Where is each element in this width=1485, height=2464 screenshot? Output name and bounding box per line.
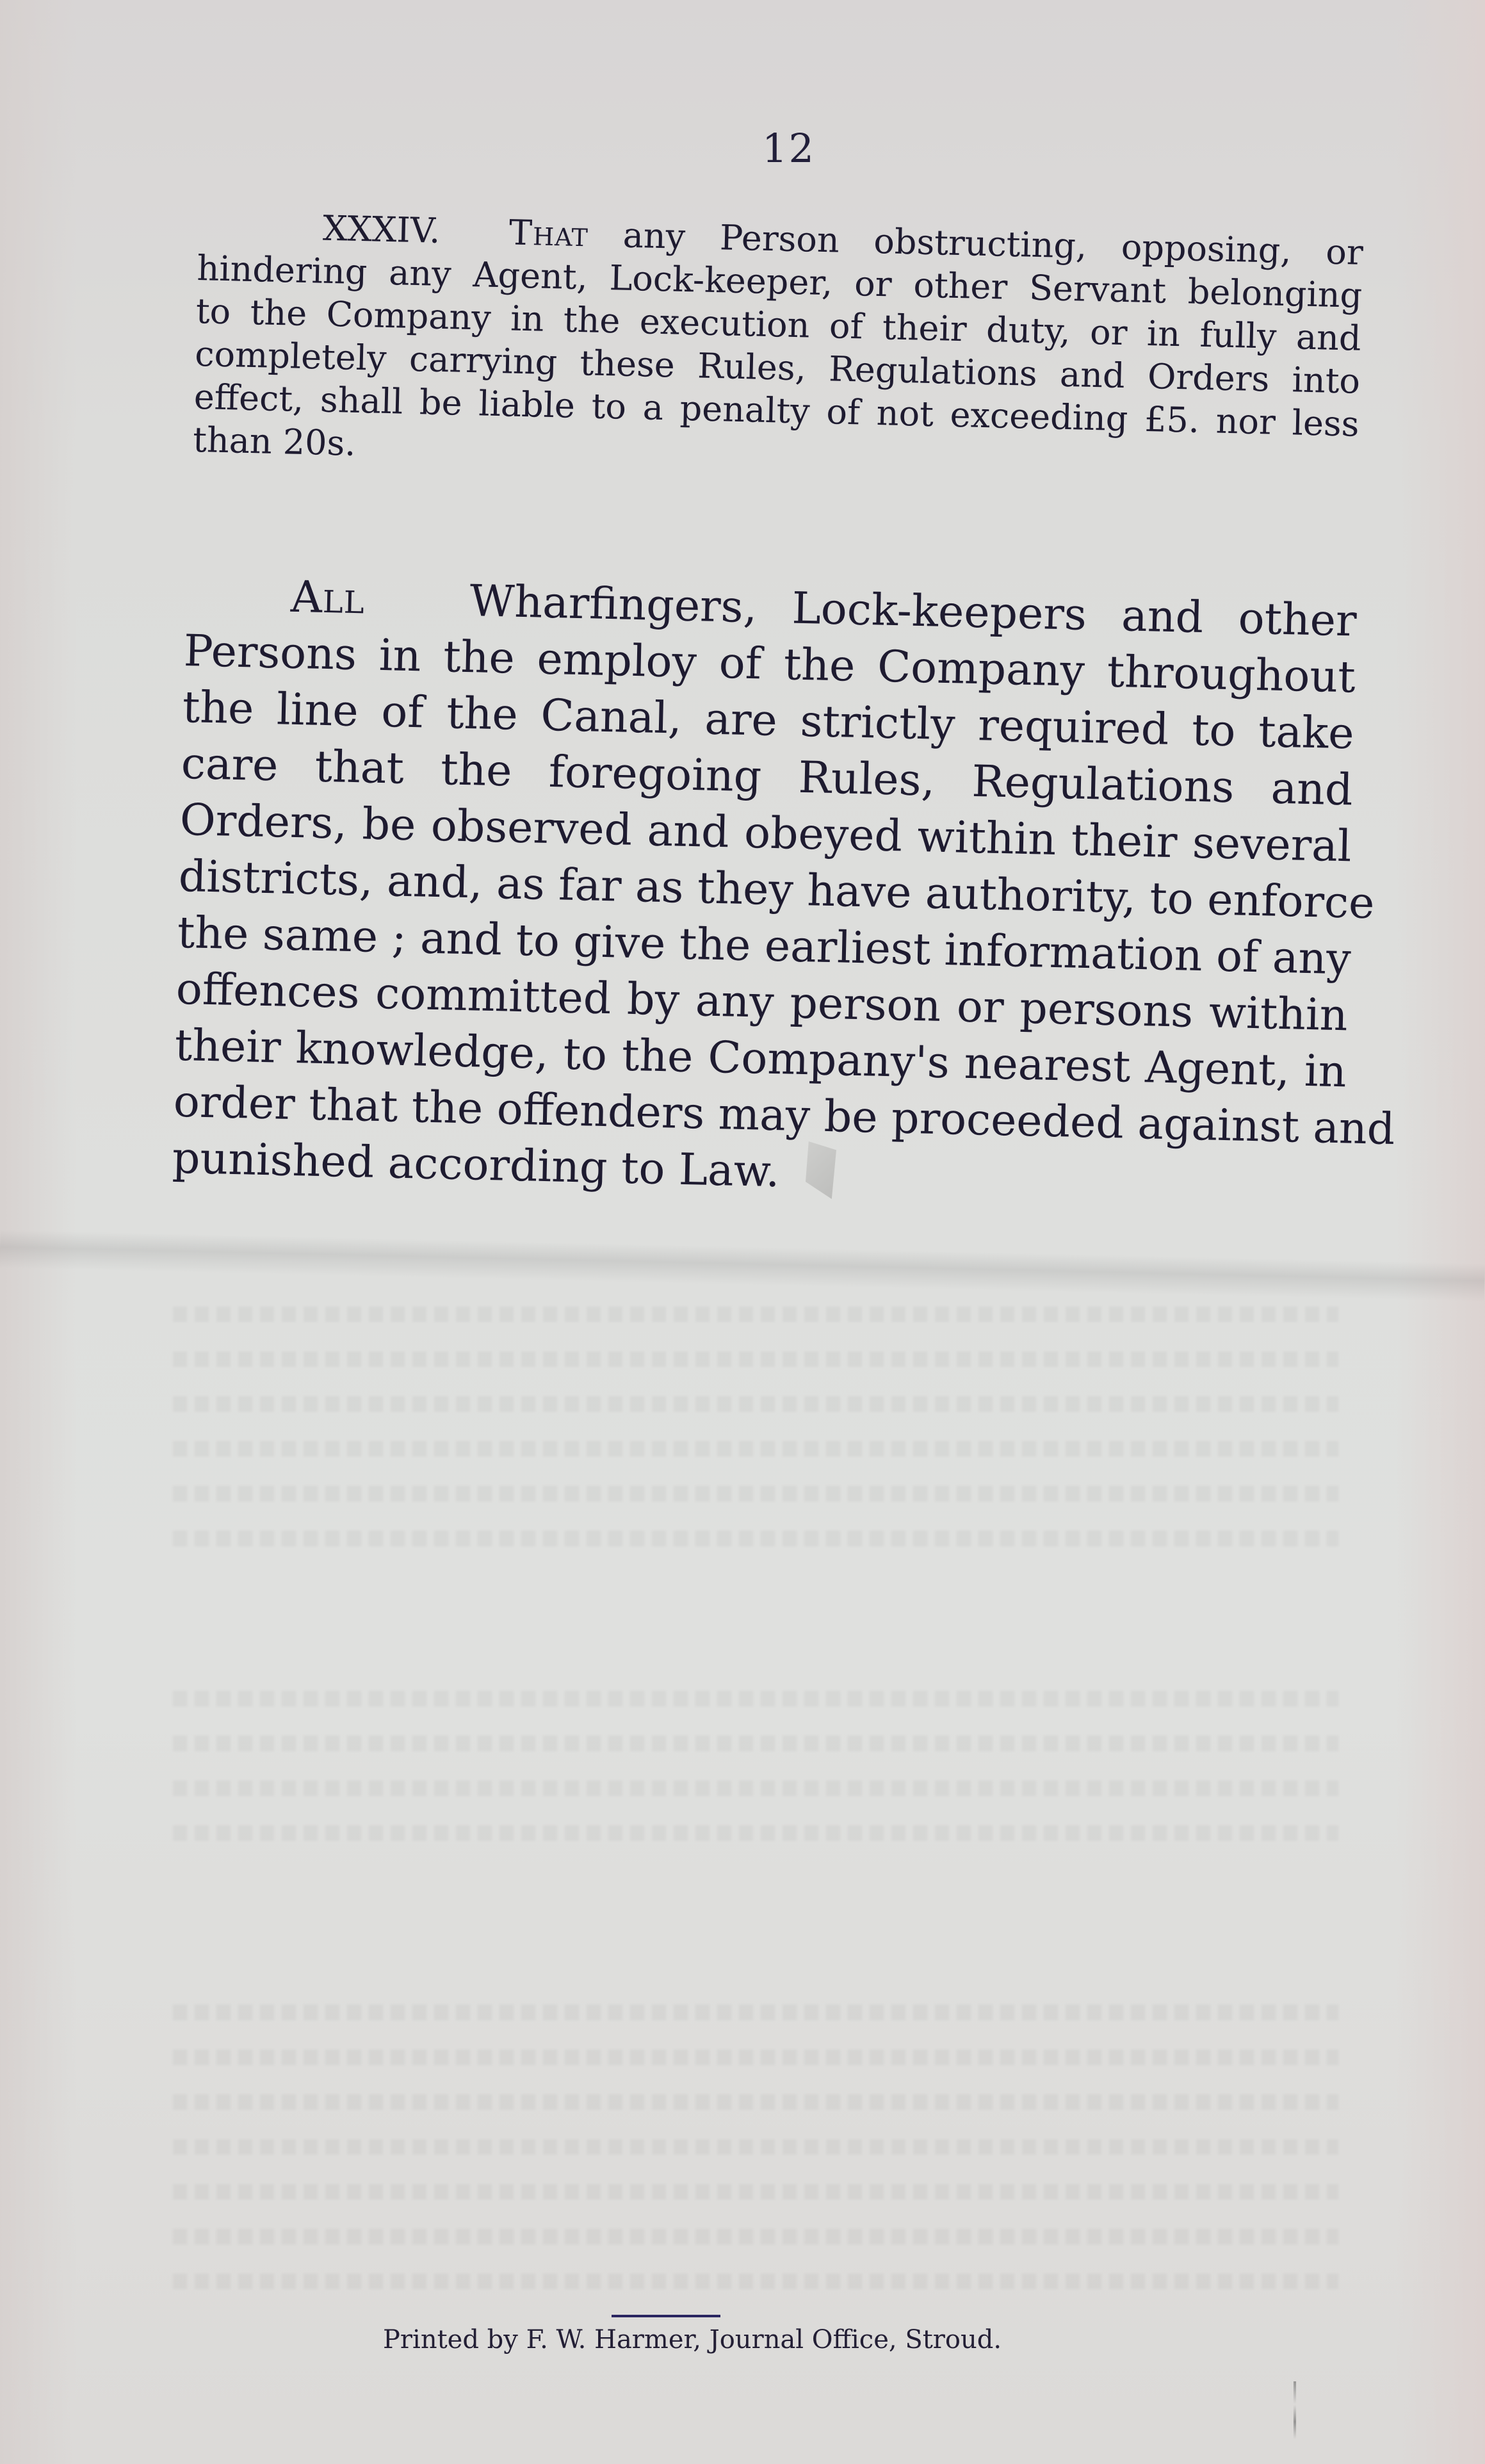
- clause-numeral: XXXIV.: [322, 208, 441, 251]
- show-through-text: [173, 1691, 1338, 1706]
- show-through-text: [173, 1307, 1338, 1322]
- show-through-text: [173, 2050, 1338, 2065]
- clause-xxxiv: XXXIV. That any Person obstructing, oppo…: [193, 204, 1364, 489]
- show-through-text: [173, 2005, 1338, 2020]
- show-through-text: [173, 2274, 1338, 2289]
- scanned-page: 12 XXXIV. That any Person obstructing, o…: [0, 0, 1485, 2464]
- show-through-text: [173, 2229, 1338, 2244]
- show-through-text: [173, 1531, 1338, 1546]
- notice-lead-word: All: [290, 572, 366, 624]
- show-through-text: [173, 1781, 1338, 1796]
- show-through-text: [173, 1351, 1338, 1367]
- show-through-text: [173, 1441, 1338, 1456]
- show-through-text: [173, 1486, 1338, 1501]
- printer-imprint: Printed by F. W. Harmer, Journal Office,…: [383, 2325, 1002, 2354]
- notice-paragraph: All Wharfingers, Lock-keepers and other …: [172, 567, 1357, 1213]
- imprint-rule: [612, 2315, 720, 2317]
- show-through-text: [173, 2139, 1338, 2155]
- fold-crease: [0, 1230, 1485, 1302]
- show-through-text: [173, 1396, 1338, 1412]
- edge-damage-mark: [1294, 2381, 1296, 2439]
- show-through-text: [173, 2184, 1338, 2199]
- show-through-text: [173, 2094, 1338, 2110]
- clause-lead-word: That: [508, 212, 588, 254]
- show-through-text: [173, 1736, 1338, 1751]
- page-number: 12: [762, 125, 815, 172]
- show-through-text: [173, 1825, 1338, 1841]
